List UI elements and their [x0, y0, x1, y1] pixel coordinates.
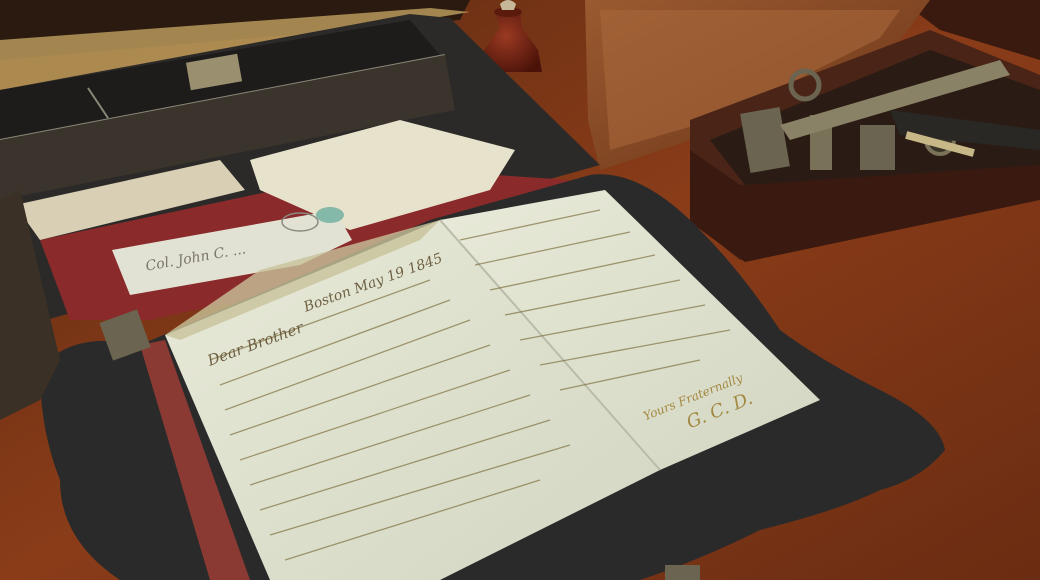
box-latch [665, 565, 700, 580]
postage-stamp [316, 207, 344, 223]
photo-scene: Dear Brother Boston May 19 1845 Yours Fr… [0, 0, 1040, 580]
scene-illustration [0, 0, 1040, 580]
